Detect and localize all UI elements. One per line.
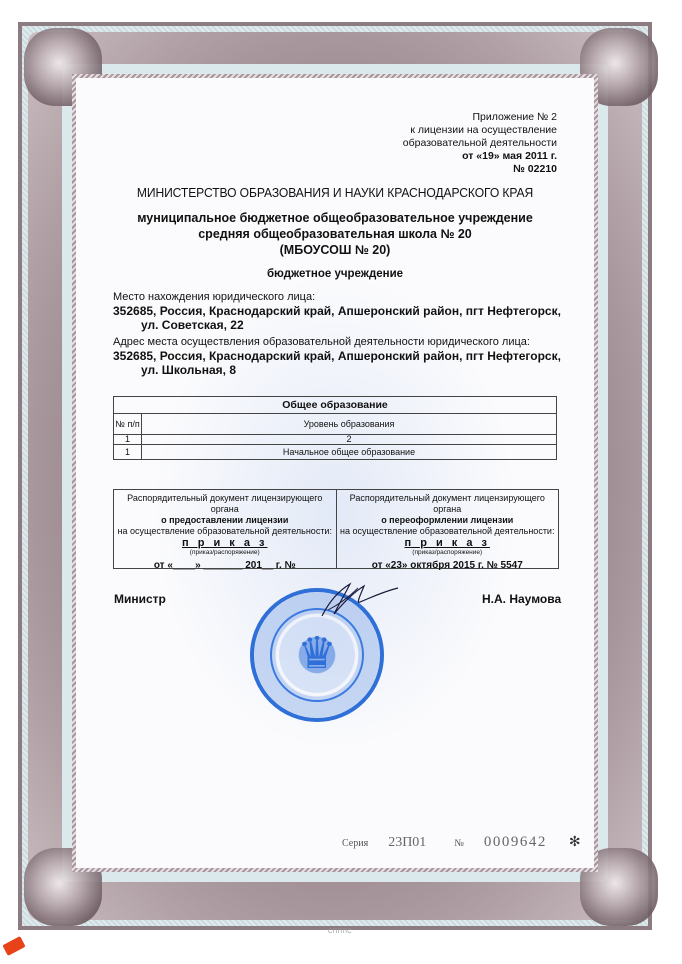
education-table-title: Общее образование <box>114 397 557 414</box>
legal-address-line2: ул. Советская, 22 <box>113 318 561 332</box>
handwritten-signature-icon <box>320 580 400 620</box>
document-type-hint: (приказ/распоряжение) <box>337 549 559 557</box>
form-series-number: Серия 23П01 № 0009642 ✻ <box>342 834 581 851</box>
organization-name-line2: средняя общеобразовательная школа № 20 <box>80 226 590 242</box>
printer-mark: CПППС <box>328 929 352 935</box>
column-header-level: Уровень образования <box>142 414 557 435</box>
document-reissue-license: Распорядительный документ лицензирующего… <box>336 490 559 568</box>
series-label: Серия <box>342 838 368 849</box>
signer-position: Министр <box>114 592 166 606</box>
document-line: Распорядительный документ лицензирующего… <box>337 493 559 515</box>
row-education-level: Начальное общее образование <box>142 445 557 460</box>
document-date: от «23» октября 2015 г. № 5547 <box>337 560 559 571</box>
column-index: 2 <box>142 435 557 445</box>
document-type: п р и к а з <box>337 538 559 549</box>
watermark-badge-icon <box>2 936 25 956</box>
organization-name-line1: муниципальное бюджетное общеобразователь… <box>80 210 590 226</box>
form-number: 0009642 <box>484 834 547 851</box>
appendix-block: Приложение № 2 к лицензии на осуществлен… <box>403 111 557 176</box>
number-label: № <box>454 838 464 849</box>
column-header-number: № п/п <box>114 414 142 435</box>
organization-name: муниципальное бюджетное общеобразователь… <box>80 210 590 242</box>
row-number: 1 <box>114 445 142 460</box>
legal-address: Место нахождения юридического лица: 3526… <box>113 290 561 332</box>
organization-abbreviation: (МБОУСОШ № 20) <box>80 243 590 257</box>
activity-address-label: Адрес места осуществления образовательно… <box>113 335 561 349</box>
document-subject: о переоформлении лицензии <box>337 515 559 526</box>
ministry-title: МИНИСТЕРСТВО ОБРАЗОВАНИЯ И НАУКИ КРАСНОД… <box>98 185 572 200</box>
document-type: п р и к а з <box>114 538 336 549</box>
document-type-hint: (приказ/распоряжение) <box>114 549 336 557</box>
document-grant-license: Распорядительный документ лицензирующего… <box>114 490 336 568</box>
coat-of-arms-icon: ♛ <box>291 626 343 682</box>
document-line: на осуществление образовательной деятель… <box>114 526 336 537</box>
licensing-documents: Распорядительный документ лицензирующего… <box>113 489 559 569</box>
activity-address-line2: ул. Школьная, 8 <box>113 363 561 377</box>
activity-address-line1: 352685, Россия, Краснодарский край, Апше… <box>113 349 561 363</box>
appendix-title: Приложение № 2 <box>403 111 557 124</box>
appendix-line: образовательной деятельности <box>403 137 557 150</box>
table-row: 1 Начальное общее образование <box>114 445 557 460</box>
appendix-line: к лицензии на осуществление <box>403 124 557 137</box>
asterisk-mark-icon: ✻ <box>569 834 581 851</box>
activity-address: Адрес места осуществления образовательно… <box>113 335 561 377</box>
license-number: № 02210 <box>403 163 557 176</box>
series-value: 23П01 <box>388 835 426 851</box>
document-subject: о предоставлении лицензии <box>114 515 336 526</box>
legal-address-label: Место нахождения юридического лица: <box>113 290 561 304</box>
document-line: на осуществление образовательной деятель… <box>337 526 559 537</box>
appendix-date: от «19» мая 2011 г. <box>403 150 557 163</box>
signer-name: Н.А. Наумова <box>482 592 561 606</box>
education-table: Общее образование № п/п Уровень образова… <box>113 396 557 460</box>
legal-address-line1: 352685, Россия, Краснодарский край, Апше… <box>113 304 561 318</box>
column-index: 1 <box>114 435 142 445</box>
institution-type: бюджетное учреждение <box>80 268 590 280</box>
document-line: Распорядительный документ лицензирующего… <box>114 493 336 515</box>
document-date: от «____» _______ 201__ г. № <box>114 560 336 571</box>
